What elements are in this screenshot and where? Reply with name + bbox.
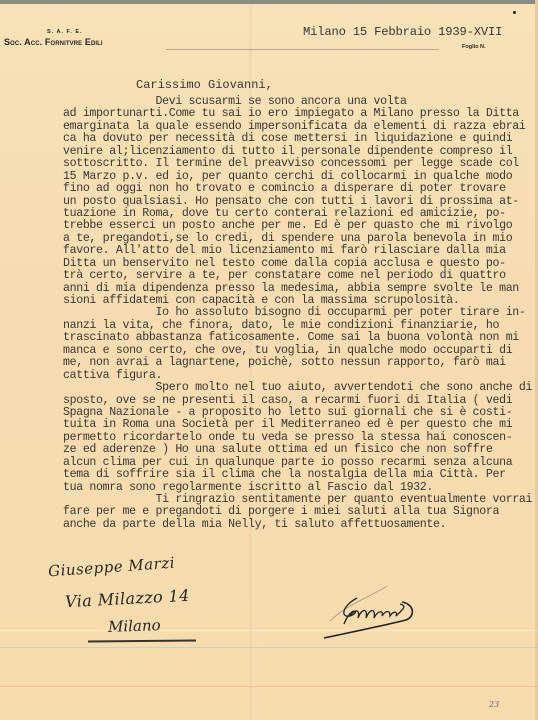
body-line: ze ed aderenze ) Ho una salute ottima ed… <box>63 444 533 456</box>
body-line: tema di soffrire sia il clima che la nos… <box>63 469 533 481</box>
letter-page: S. A. F. E. Soc. Acc. Fornitvre Edili Mi… <box>0 0 538 720</box>
body-line: fino ad oggi non ho trovato e comincio a… <box>63 183 533 195</box>
body-line: me, non avrai a lagnartene, poichè, sott… <box>63 357 533 369</box>
body-line: favore. All'atto del mio licenziamento m… <box>63 245 533 257</box>
handwritten-underline <box>88 640 196 642</box>
body-line: Spero molto nel tuo aiuto, avvertendoti … <box>63 382 533 394</box>
signature-icon <box>322 576 472 641</box>
fold-crease <box>0 686 538 687</box>
body-line: trebbe esserci un posto anche per me. Ed… <box>63 220 533 232</box>
date-rule-line <box>166 49 439 50</box>
body-line: tuita in Roma una Società per il Mediter… <box>63 419 533 431</box>
body-line: ca ha dovuto per necessità di cose mette… <box>63 133 533 145</box>
body-line: Io ho assoluto bisogno di occuparmi per … <box>63 307 533 319</box>
letter-date: Milano 15 Febbraio 1939-XVII <box>303 25 502 39</box>
salutation: Carissimo Giovanni, <box>136 78 273 92</box>
ink-dot <box>513 11 516 14</box>
handwritten-sender-street: Via Milazzo 14 <box>65 586 191 612</box>
body-line: ad importunarti.Come tu sai io ero impie… <box>63 108 533 120</box>
fold-crease <box>0 647 538 648</box>
paper-top-edge <box>0 0 538 4</box>
handwritten-sender-name: Giuseppe Marzi <box>48 554 176 581</box>
letter-body: Devi scusarmi se sono ancora una voltaad… <box>63 96 533 531</box>
body-line: sottoscritto. Il termine del preavviso c… <box>63 158 533 170</box>
body-line: anche da parte della mia Nelly, ti salut… <box>63 519 533 531</box>
sheet-number-label: Foglio N. <box>462 44 486 50</box>
handwritten-sender-city: Milano <box>108 616 161 636</box>
page-number: 23 <box>489 700 499 709</box>
letterhead-abbreviation: S. A. F. E. <box>47 29 83 35</box>
body-line: fare per me e pregandoti di porgere i mi… <box>63 506 533 518</box>
letterhead-company-name: Soc. Acc. Fornitvre Edili <box>4 37 103 47</box>
body-line: trascinato abbastanza faticosamente. Com… <box>63 332 533 344</box>
body-line: trà certo, servire a te, per constatare … <box>63 270 533 282</box>
